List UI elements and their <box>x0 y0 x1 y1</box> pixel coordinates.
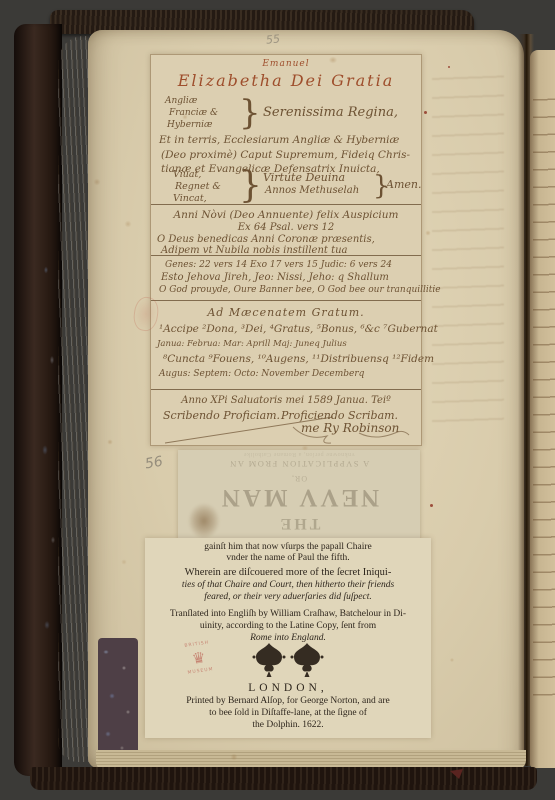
section-divider <box>151 255 421 256</box>
red-ink-dot <box>448 66 450 68</box>
maecenas-months2: Augus: Septem: Octo: November Decemberq <box>159 369 364 379</box>
marbled-endpaper <box>98 638 138 760</box>
british-museum-stamp: BRITISH ♛ MUSEUM <box>175 638 224 682</box>
title-continuation-line: vnder the name of Paul the fifth. <box>145 553 431 563</box>
book-photograph: 55 56 Emanuel Elizabetha Dei Gratia Angl… <box>0 0 555 800</box>
section-divider <box>151 389 421 390</box>
acclamation-regnet: Regnet & <box>175 181 221 192</box>
wherein-line: ties of that Chaire and Court, then hith… <box>145 580 431 590</box>
acclamation-brace: } <box>239 165 262 206</box>
virtute-deuina: Virtute Deuina <box>263 171 345 184</box>
red-ink-dot <box>424 111 427 114</box>
printed-title-fragment: gainſt him that now vſurps the papall Ch… <box>145 538 431 738</box>
realms-brace: } <box>239 93 261 133</box>
scripture-english: O God prouyde, Oure Banner bee, O God be… <box>159 285 441 295</box>
scripture-references: Genes: 22 vers 14 Exo 17 vers 15 Judic: … <box>165 260 392 270</box>
imprint-city: LONDON, <box>145 682 431 694</box>
imprint-line: to bee ſold in Diſtaffe-lane, at the ſig… <box>145 708 431 718</box>
manuscript-title: Elizabetha Dei Gratia <box>151 71 421 90</box>
serenissima-regina: Serenissima Regina, <box>263 105 398 120</box>
section-divider <box>151 300 421 301</box>
maecenas-months1: Janua: Februa: Mar: Aprill Maj: Juneq Ju… <box>157 339 347 349</box>
imprint-line: the Dolphin. 1622. <box>145 720 431 730</box>
maecenas-heading: Ad Mæcenatem Gratum. <box>151 306 421 319</box>
psalm-reference: Ex 64 Psal. vers 12 <box>151 222 421 233</box>
section-divider <box>151 204 421 205</box>
pencil-folio-number-bottom: 56 <box>144 454 164 473</box>
title-continuation-line: gainſt him that now vſurps the papall Ch… <box>145 542 431 552</box>
scripture-latin: Esto Jehova Jireh, Jeo: Nissi, Jeho: q S… <box>161 272 389 283</box>
inverted-supplication-line: A SVPPLICATION FROM AN <box>178 459 420 469</box>
facing-page-handwriting <box>533 88 555 698</box>
new-year-heading: Anni Nòvi (Deo Annuente) felix Auspicium <box>151 209 421 221</box>
signature-flourish <box>151 397 423 447</box>
wherein-line: Wherein are diſcouered more of the ſecre… <box>145 567 431 578</box>
maecenas-line2: ⁸Cuncta ⁹Fouens, ¹⁰Augens, ¹¹Distribuens… <box>163 353 434 365</box>
acclamation-vincat: Vincat, <box>173 193 207 204</box>
acclamation-viuat: Viuat, <box>173 169 201 180</box>
realm-hybernie: Hyberniæ <box>167 120 212 130</box>
maecenas-line1: ¹Accipe ²Dona, ³Dei, ⁴Gratus, ⁵Bonus, ⁶&… <box>159 323 438 335</box>
style-line: Et in terris, Ecclesiarum Angliæ & Hyber… <box>159 134 399 146</box>
wherein-line: feared, or their very aduerſaries did ſu… <box>145 592 431 602</box>
realm-francie: Franciæ & <box>169 108 218 118</box>
translated-line: uinity, according to the Latine Copy, ſe… <box>145 621 431 631</box>
manuscript-motto: Emanuel <box>151 59 421 69</box>
amen: Amen. <box>386 178 421 191</box>
realm-anglie: Angliæ <box>165 96 197 106</box>
inverted-partial-line: vnknowne perſon, a Romane Catholike <box>178 451 420 457</box>
verso-showthrough <box>432 66 504 426</box>
annos-methuselah: Annos Methuselah <box>265 185 359 196</box>
manuscript-sheet: Emanuel Elizabetha Dei Gratia Angliæ Fra… <box>150 54 422 446</box>
inverted-or-line: OR, <box>178 474 420 483</box>
imprint-line: Printed by Bernard Alſop, for George Nor… <box>145 696 431 706</box>
pencil-folio-number-top: 55 <box>265 32 280 46</box>
prayer-line: O Deus benedicas Anni Coronæ præsentis, <box>157 234 375 245</box>
translated-line: Tranſlated into Engliſh by William Craſh… <box>145 609 431 619</box>
style-line: (Deo proximè) Caput Supremum, Fideiq Chr… <box>161 149 410 161</box>
marbled-spine-decoration <box>40 240 60 670</box>
red-ink-dot <box>430 504 433 507</box>
